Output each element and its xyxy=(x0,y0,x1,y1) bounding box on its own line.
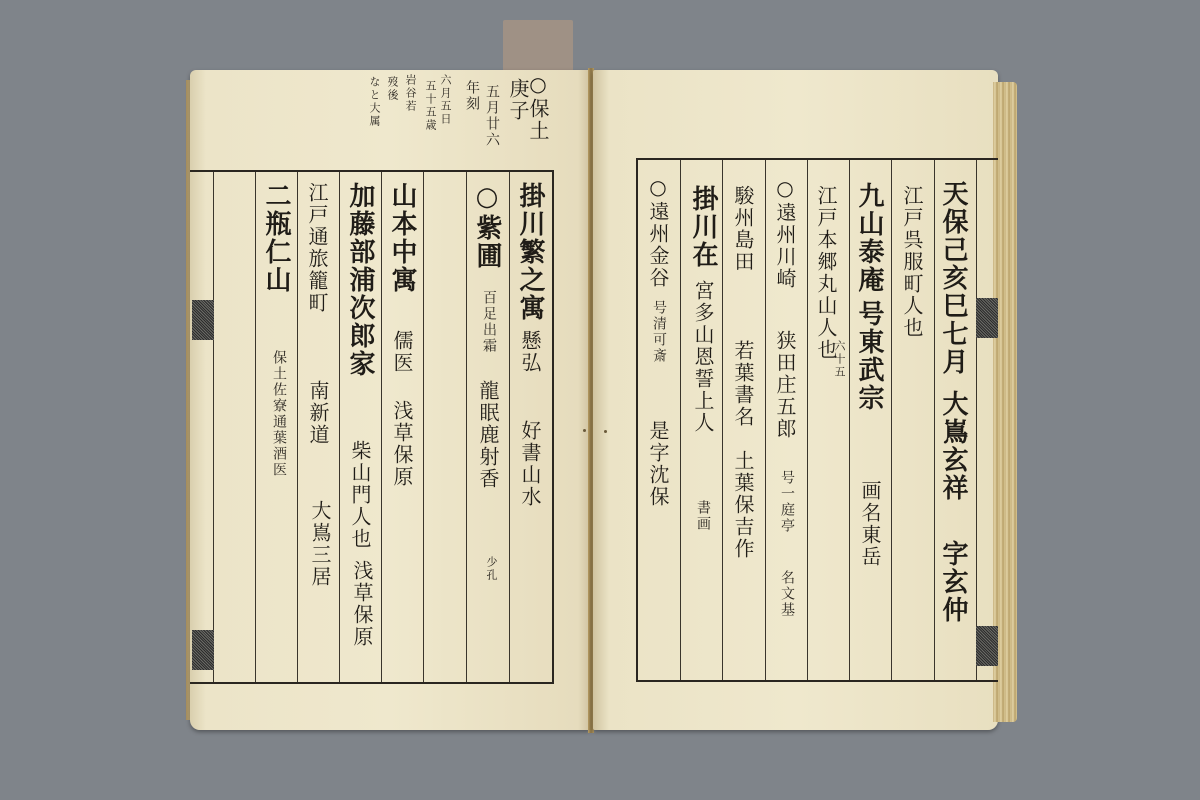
header-note-5: 六月五日 xyxy=(440,74,451,126)
hatch-mark-lower-right xyxy=(976,626,998,666)
header-note-8: 歿後 xyxy=(387,76,398,102)
paper-speck xyxy=(583,429,586,432)
book-photo-scene: ○保土 庚子 五月廿六 年刻 六月五日 五十五歳 岩谷若 歿後 なと大属 掛川繁… xyxy=(0,0,1200,800)
header-note-4: 年刻 xyxy=(465,80,479,112)
header-note-3: 五月廿六 xyxy=(485,84,499,148)
hatch-mark-upper-left xyxy=(192,300,214,340)
hatch-mark-upper-right xyxy=(976,298,998,338)
paper-speck xyxy=(604,430,607,433)
hatch-mark-lower-left xyxy=(192,630,214,670)
header-note-1: ○保土 xyxy=(528,72,548,142)
header-note-7: 岩谷若 xyxy=(405,74,416,113)
header-note-9: なと大属 xyxy=(369,76,380,128)
header-note-2: 庚子 xyxy=(508,78,528,122)
header-note-6: 五十五歳 xyxy=(425,80,436,132)
